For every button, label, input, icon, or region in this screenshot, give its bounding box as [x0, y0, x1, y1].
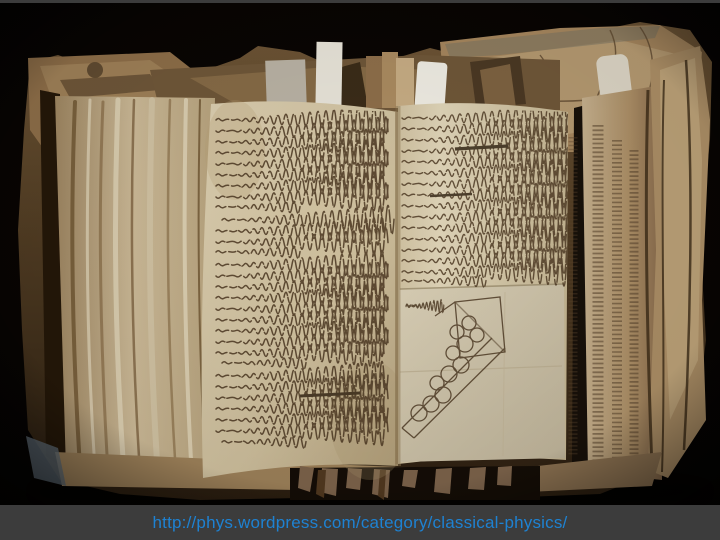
- caption-url-link[interactable]: http://phys.wordpress.com/category/class…: [153, 513, 568, 533]
- presentation-slide: http://phys.wordpress.com/category/class…: [0, 0, 720, 540]
- manuscript-photo-svg: [0, 3, 720, 505]
- open-manuscript-book: [0, 3, 720, 505]
- caption-bar: http://phys.wordpress.com/category/class…: [0, 505, 720, 540]
- vignette-overlay: [0, 3, 720, 505]
- manuscript-photo: [0, 3, 720, 505]
